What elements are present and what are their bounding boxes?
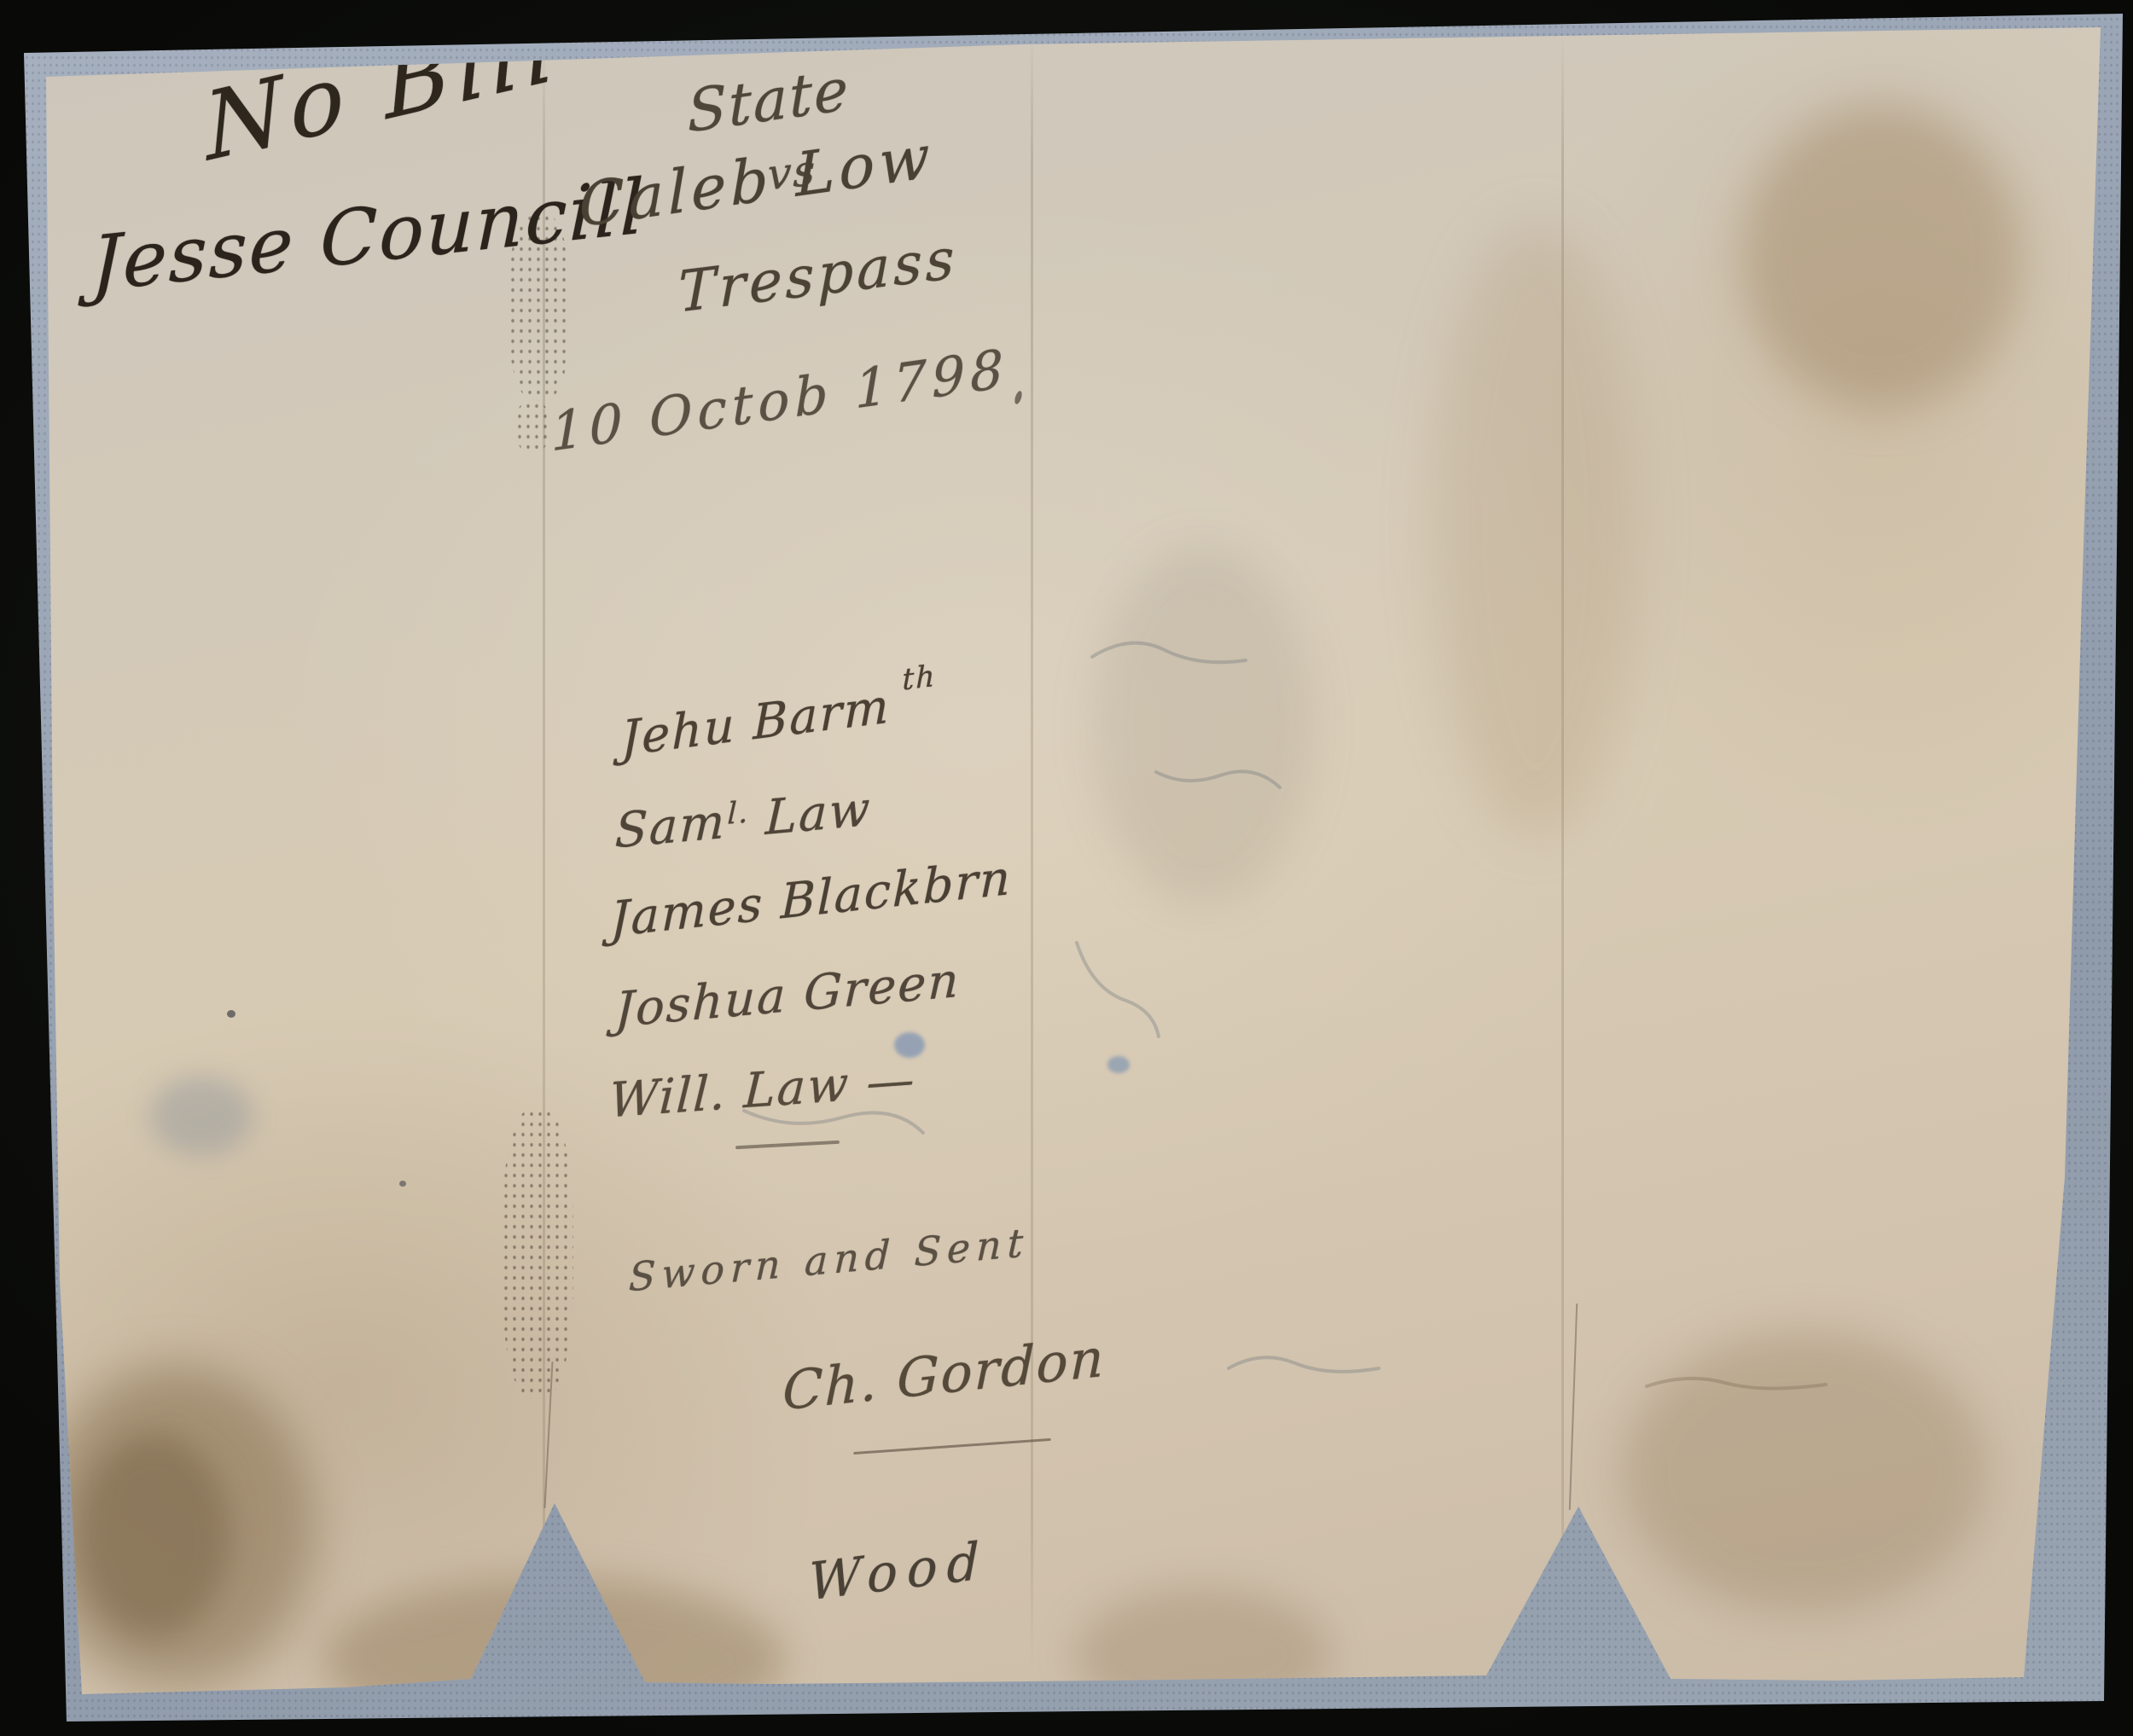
sworn-notation: Sworn and Sent: [628, 1219, 1030, 1300]
witness-row: Jehu Barmth: [621, 673, 936, 768]
witness-superscript: th: [902, 659, 936, 697]
witness-row: Will. Law —: [608, 1052, 918, 1129]
date-line: 10 Octob 1798: [550, 337, 1009, 464]
witness-name: Jehu Barm: [621, 678, 891, 767]
witness-row: Saml.Law: [614, 781, 873, 860]
stain: [1433, 222, 1638, 836]
ink-smudge: [515, 401, 549, 452]
stain: [1092, 546, 1314, 904]
witness-row: James Blackbrn: [610, 851, 1013, 949]
defendant-name: Caleb Low: [578, 121, 934, 241]
ink-fleck: [1014, 390, 1024, 404]
witness-name: Will. Law —: [608, 1052, 918, 1129]
dark-speck: [227, 1010, 235, 1018]
witness-name-rest: Law: [764, 781, 872, 846]
stain: [1741, 102, 2022, 409]
witness-name: Joshua Green: [614, 953, 962, 1039]
case-party: State: [687, 55, 851, 146]
underline-stroke: [735, 1141, 840, 1149]
dark-speck: [399, 1181, 406, 1187]
foreman-signature: Ch. Gordon: [782, 1326, 1106, 1422]
paper-crack: [1569, 1303, 1578, 1510]
charge-name: Trespass: [678, 225, 957, 326]
stain: [150, 1077, 253, 1155]
witness-name: James Blackbrn: [610, 851, 1013, 949]
stain: [1621, 1331, 1988, 1612]
ink-smudge: [502, 1109, 573, 1399]
manuscript-paper: No Bill Jesse Councill State vs Caleb Lo…: [0, 0, 2133, 1736]
witness-name: Sam: [614, 794, 728, 860]
signature-underline: [853, 1438, 1051, 1454]
stain: [77, 1433, 230, 1638]
verdict-endorsement: No Bill: [201, 0, 564, 183]
photograph-of-manuscript: No Bill Jesse Councill State vs Caleb Lo…: [0, 0, 2133, 1736]
witness-superscript: l.: [727, 796, 750, 833]
clerk-signature: Wood: [809, 1530, 989, 1612]
fold-crease: [1031, 34, 1033, 1672]
witness-row: Joshua Green: [614, 953, 962, 1039]
blue-speck: [1107, 1056, 1130, 1073]
